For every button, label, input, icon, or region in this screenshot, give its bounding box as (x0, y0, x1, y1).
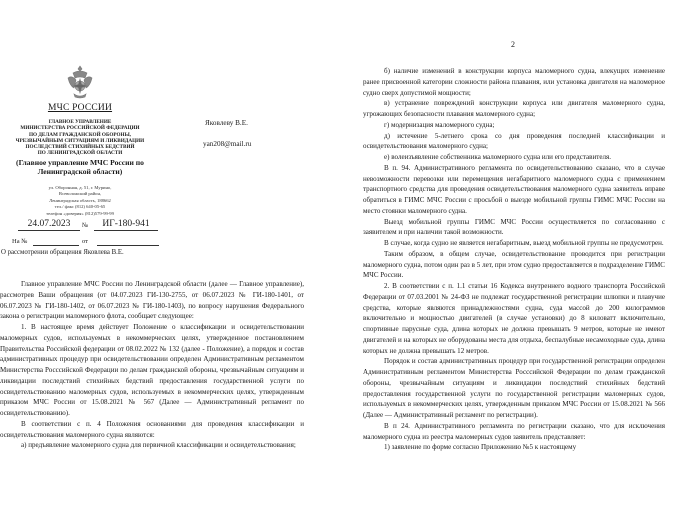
document-page-1: МЧС РОССИИ ГЛАВНОЕ УПРАВЛЕНИЕ МИНИСТЕРСТ… (0, 0, 340, 519)
letter-body-page-2: б) наличие изменений в конструкции корпу… (363, 66, 665, 453)
sender-organization: МЧС РОССИИ ГЛАВНОЕ УПРАВЛЕНИЕ МИНИСТЕРСТ… (0, 100, 160, 177)
reference-number-label: На № (12, 238, 27, 245)
body-paragraph: 2. В соответствии с п. 1.1 статьи 16 Код… (363, 281, 665, 356)
recipient-email: yan208@mail.ru (203, 140, 251, 148)
reference-date-label: от (82, 238, 88, 245)
body-paragraph: Порядок и состав административных процед… (363, 356, 665, 421)
address-line: телефон «доверия» (812)579-99-99 (0, 211, 160, 217)
body-paragraph: в) устранение повреждений конструкции ко… (363, 98, 665, 120)
body-paragraph: Главное управление МЧС России по Ленингр… (0, 279, 304, 322)
letter-subject: О рассмотрении обращения Яковлева В.Е. (1, 249, 124, 256)
body-paragraph: Выезд мобильной группы ГИМС МЧС России о… (363, 217, 665, 239)
registration-number-label: № (82, 222, 88, 229)
body-paragraph: е) волеизъявление собственника маломерно… (363, 152, 665, 163)
registration-number: ИГ-180-941 (94, 219, 158, 231)
mchs-emblem-icon (64, 64, 96, 100)
org-short-line: Ленинградской области) (0, 167, 160, 177)
body-paragraph: г) модернизация маломерного судна; (363, 120, 665, 131)
reference-date-blank (97, 238, 159, 246)
body-paragraph: В п 24. Административного регламента по … (363, 421, 665, 443)
reference-number-blank (33, 238, 79, 246)
body-paragraph: В случае, когда судно не является негаба… (363, 238, 665, 249)
org-short-line: (Главное управление МЧС России по (0, 158, 160, 168)
body-paragraph: а) предъявление маломерного судна для пе… (0, 440, 304, 451)
body-paragraph: В п. 94. Административного регламента по… (363, 163, 665, 217)
org-main-title: МЧС РОССИИ (0, 103, 160, 113)
org-line: МИНИСТЕРСТВА РОССИЙСКОЙ ФЕДЕРАЦИИ (0, 125, 160, 131)
body-paragraph: б) наличие изменений в конструкции корпу… (363, 66, 665, 98)
body-paragraph: В соответствии с п. 4 Положения основани… (0, 419, 304, 441)
org-line: ПО ЛЕНИНГРАДСКОЙ ОБЛАСТИ (0, 150, 160, 156)
body-paragraph: Таким образом, в общем случае, освидетел… (363, 249, 665, 281)
registration-date: 24.07.2023 (18, 219, 80, 231)
org-full-name: ГЛАВНОЕ УПРАВЛЕНИЕ МИНИСТЕРСТВА РОССИЙСК… (0, 119, 160, 157)
letter-body-page-1: Главное управление МЧС России по Ленингр… (0, 279, 304, 451)
body-paragraph: д) истечение 5-летнего срока со дня пров… (363, 131, 665, 153)
org-short-name: (Главное управление МЧС России по Ленинг… (0, 158, 160, 177)
document-page-2: 2 б) наличие изменений в конструкции кор… (340, 0, 680, 519)
page-number: 2 (511, 40, 515, 49)
recipient-name: Яковлеву В.Е. (205, 119, 248, 127)
body-paragraph: 1. В настоящее время действует Положение… (0, 322, 304, 419)
body-paragraph: 1) заявление по форме согласно Приложени… (363, 442, 665, 453)
sender-address: ул. Оборонная, д. 51, г. Мурино, Всеволо… (0, 185, 160, 217)
